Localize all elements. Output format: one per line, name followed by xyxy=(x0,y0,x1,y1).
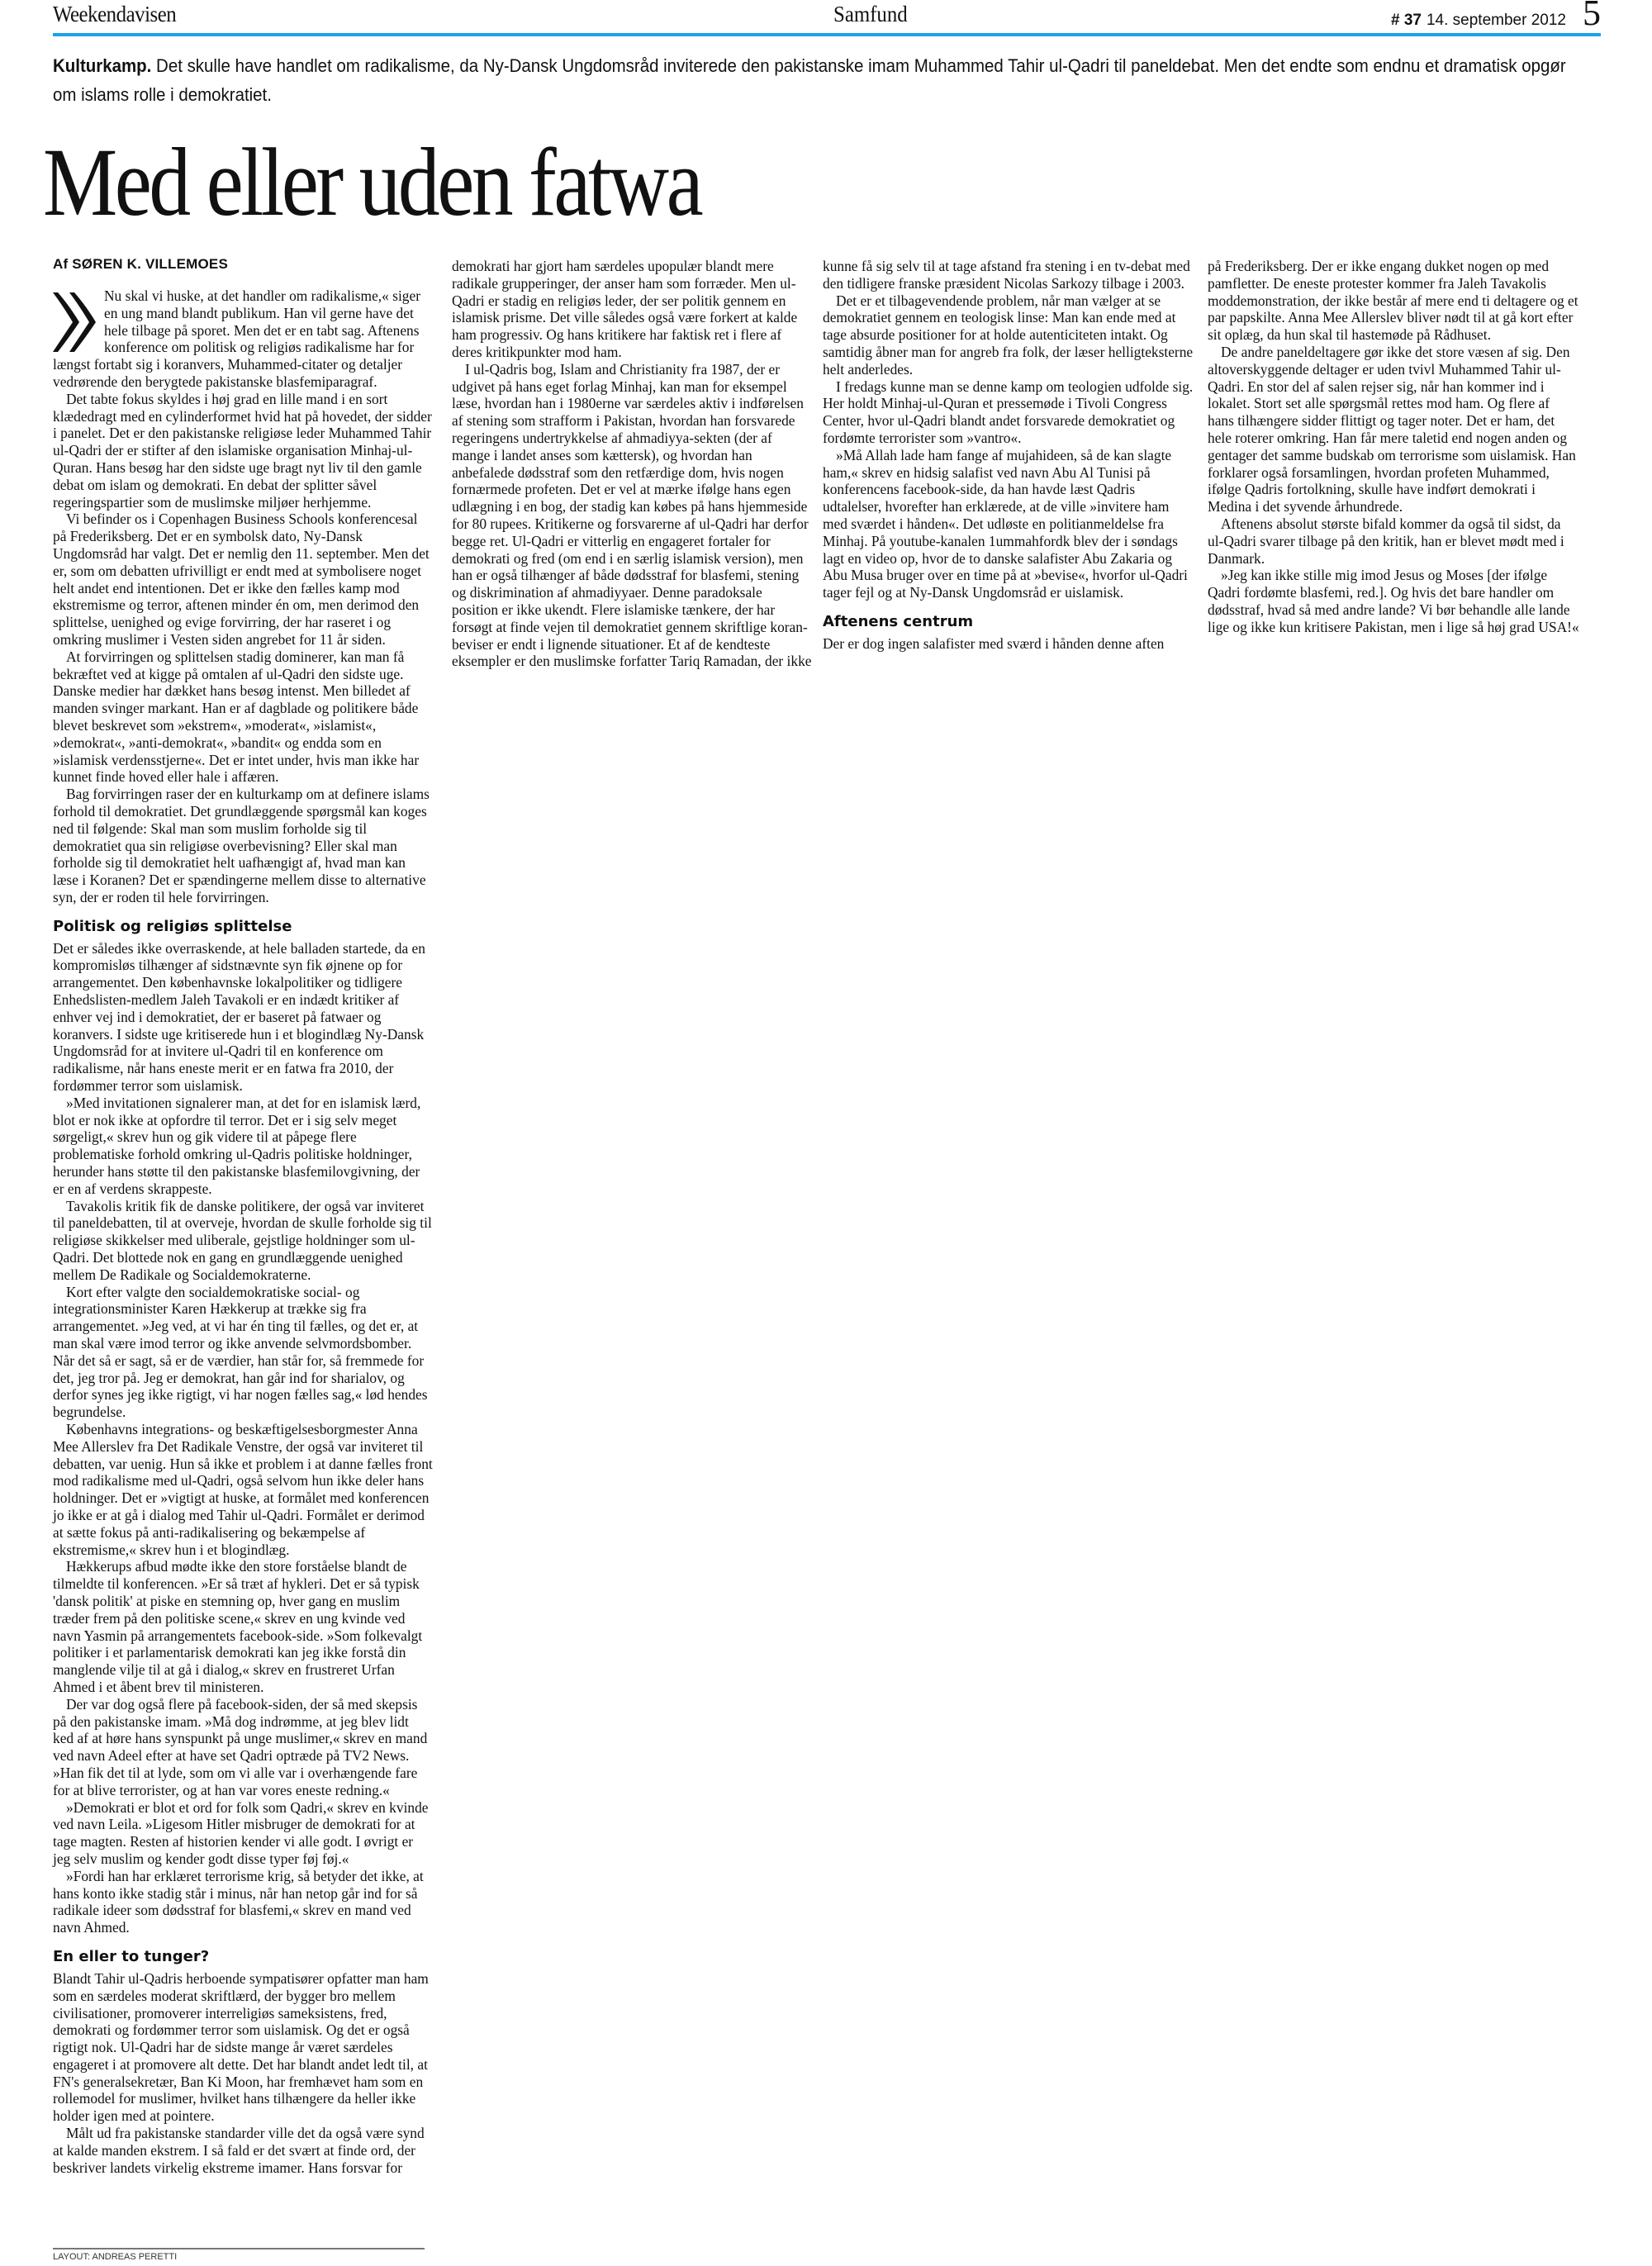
issue-info: # 3714. september 2012 xyxy=(1391,12,1566,30)
subheading: Politisk og religiøs splittelse xyxy=(53,918,433,936)
issue-date: 14. september 2012 xyxy=(1427,12,1566,29)
subheading: Aftenens centrum xyxy=(823,613,1194,631)
paragraph: Aftenens absolut største bifald kommer d… xyxy=(1208,515,1579,567)
paragraph: Kort efter valgte den socialdemokratiske… xyxy=(53,1284,433,1421)
paragraph: I ul-Qadris bog, Islam and Christianity … xyxy=(452,361,812,670)
masthead-rule xyxy=(53,33,1601,36)
article-deck: Kulturkamp. Det skulle have handlet om r… xyxy=(53,51,1589,109)
paragraph: Der var dog også flere på facebook-siden… xyxy=(53,1696,433,1799)
paragraph: Tavakolis kritik fik de danske politiker… xyxy=(53,1198,433,1284)
subheading: En eller to tunger? xyxy=(53,1948,433,1966)
paragraph: At forvirringen og splittelsen stadig do… xyxy=(53,648,433,786)
article-column-1: Af SØREN K. VILLEMOES Nu skal vi huske, … xyxy=(53,256,433,2176)
article-column-4: på Frederiksberg. Der er ikke engang duk… xyxy=(1208,258,1579,636)
paragraph: »Fordi han har erklæret terrorisme krig,… xyxy=(53,1868,433,1936)
guillemet-quote-icon xyxy=(51,289,99,354)
paragraph: I fredags kunne man se denne kamp om teo… xyxy=(823,378,1194,447)
paragraph: »Jeg kan ikke stille mig imod Jesus og M… xyxy=(1208,567,1579,635)
paragraph: Det tabte fokus skyldes i høj grad en li… xyxy=(53,391,433,511)
issue-number: # 37 xyxy=(1391,12,1422,29)
article-column-2: demokrati har gjort ham særdeles upopulæ… xyxy=(452,258,812,670)
paragraph: »Med invitationen signalerer man, at det… xyxy=(53,1095,433,1198)
masthead: Weekendavisen Samfund # 3714. september … xyxy=(53,0,1601,35)
paragraph: Vi befinder os i Copenhagen Business Sch… xyxy=(53,511,433,648)
paragraph: Københavns integrations- og beskæftigels… xyxy=(53,1421,433,1558)
paragraph: demokrati har gjort ham særdeles upopulæ… xyxy=(452,258,812,361)
section-name: Samfund xyxy=(833,2,908,27)
deck-text: Det skulle have handlet om radikalisme, … xyxy=(53,55,1566,105)
paragraph: Der er dog ingen salafister med sværd i … xyxy=(823,635,1194,653)
paragraph: kunne få sig selv til at tage afstand fr… xyxy=(823,258,1194,292)
paragraph: De andre paneldeltagere gør ikke det sto… xyxy=(1208,344,1579,515)
headline: Med eller uden fatwa xyxy=(43,129,700,236)
paragraph: Bag forvirringen raser der en kulturkamp… xyxy=(53,786,433,906)
paragraph: på Frederiksberg. Der er ikke engang duk… xyxy=(1208,258,1579,344)
page-number: 5 xyxy=(1583,0,1601,31)
paragraph: Det er et tilbagevendende problem, når m… xyxy=(823,292,1194,378)
article-column-3: kunne få sig selv til at tage afstand fr… xyxy=(823,258,1194,653)
paragraph: Blandt Tahir ul-Qadris herboende sympati… xyxy=(53,1970,433,2125)
byline: Af SØREN K. VILLEMOES xyxy=(53,256,433,271)
deck-kicker: Kulturkamp. xyxy=(53,55,151,76)
layout-credit: LAYOUT: ANDREAS PERETTI xyxy=(53,2252,177,2262)
footer-rule xyxy=(53,2248,425,2249)
newspaper-name: Weekendavisen xyxy=(53,2,176,27)
paragraph: Nu skal vi huske, at det handler om radi… xyxy=(53,287,433,391)
paragraph: »Demokrati er blot et ord for folk som Q… xyxy=(53,1799,433,1868)
paragraph: Målt ud fra pakistanske standarder ville… xyxy=(53,2125,433,2176)
paragraph: Det er således ikke overraskende, at hel… xyxy=(53,940,433,1095)
paragraph: Hækkerups afbud mødte ikke den store for… xyxy=(53,1558,433,1695)
paragraph: »Må Allah lade ham fange af mujahideen, … xyxy=(823,447,1194,601)
